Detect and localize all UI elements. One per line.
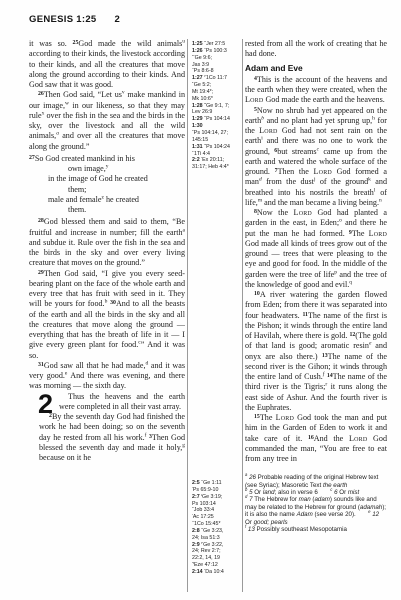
left-text-column: it was so. 25God made the wild animalsu … [29, 39, 185, 463]
cross-reference: Mk 10:6* [192, 96, 240, 103]
verse-number: 26 [38, 91, 44, 97]
cross-reference: 1:26 vPs 100:3 [192, 48, 240, 55]
ref-letter: x [192, 68, 194, 70]
text-run: Lord [276, 413, 294, 422]
verse-number: 2 [49, 413, 52, 419]
text-run: 13 [246, 526, 256, 533]
ref-verse: 2:2 [192, 157, 201, 163]
poetry-line: them; [29, 185, 185, 195]
cross-reference: 22:2, 14, 19 [192, 555, 240, 562]
footnote: f 13 Possibly southeast Mesopotamia [245, 526, 387, 533]
footnote-letter: c [317, 146, 319, 152]
cross-ref-letter: m [258, 197, 262, 203]
cross-reference: zGe 5:2; [192, 82, 240, 89]
cross-ref-letter: n [379, 197, 382, 203]
ref-verse: 1:26 [192, 48, 204, 54]
poetry-line: male and femalez he created [29, 195, 185, 205]
ref-verse: 2:8 [192, 528, 201, 534]
cross-ref-letter: q [349, 279, 352, 285]
verse-number: 25 [73, 40, 79, 46]
verse-paragraph: 15The Lord God took the man and put him … [245, 413, 387, 464]
cross-ref-letter: a [183, 227, 185, 233]
text-run: adamah [360, 504, 382, 511]
verse-paragraph: rested from all the work of creating tha… [245, 39, 387, 60]
text-run: Lord [369, 229, 387, 238]
cross-ref-letter: o [339, 218, 342, 224]
ref-verse: 2:7 [192, 494, 201, 500]
running-head: GENESIS 1:252 [29, 14, 120, 25]
ref-letter: h [201, 480, 203, 482]
footnote: d 7 The Hebrew for man (adam) sounds lik… [245, 496, 387, 526]
cross-reference: 2:2 fEx 20:11; [192, 157, 240, 164]
text-run: 12 [370, 511, 379, 518]
text-run: Lord [349, 434, 367, 443]
cross-ref-letter: f [145, 432, 147, 438]
ref-letter: z [192, 82, 194, 84]
cross-reference: 1:30 [192, 123, 240, 130]
verse-number: 31 [38, 362, 44, 368]
ref-letter: f [201, 157, 202, 159]
text-run: Lord [314, 167, 332, 176]
cross-reference: 2:14 rDa 10:4 [192, 569, 240, 576]
cross-reference: qEze 47:12 [192, 562, 240, 569]
footnote-letter: e [369, 341, 371, 347]
ref-letter: q [192, 562, 194, 564]
footnote: a 26 Probable reading of the original He… [245, 474, 387, 489]
cross-reference: 2:9 pGe 3:22, [192, 542, 240, 549]
poetry-block: 27So God created mankind in hisown image… [29, 154, 185, 216]
verse-paragraph: 4This is the account of the heavens and … [245, 75, 387, 106]
page-chapter-number: 2 [115, 14, 121, 25]
cross-ref-letter: e [65, 370, 67, 376]
ref-letter: w [192, 55, 195, 57]
text-run: good; pearls [254, 519, 288, 526]
cross-reference: 2:8 oGe 3:23, [192, 528, 240, 535]
verse-paragraph: 2By the seventh day God had finished the… [29, 412, 185, 463]
verse-paragraph: 10A river watering the garden flowed fro… [245, 290, 387, 413]
cross-reference: 1:25 uJer 27:5 [192, 41, 240, 48]
verse-number: 5 [254, 107, 257, 113]
text-run: the earth [323, 482, 347, 489]
cross-reference: 24; Isa 51:3 [192, 535, 240, 542]
cross-reference: 2:5 hGe 1:11 [192, 480, 240, 487]
text-run: 26 [247, 474, 257, 481]
text-run: Lord [294, 208, 312, 217]
verse-number: 30 [110, 300, 116, 306]
text-run: Lord [259, 126, 277, 135]
ref-letter: p [201, 542, 203, 544]
section-heading: Adam and Eve [245, 63, 387, 73]
verse-number: 16 [308, 435, 314, 441]
ref-verse: 2:14 [192, 569, 204, 575]
verse-paragraph: it was so. 25God made the wild animalsu … [29, 39, 185, 90]
ref-letter: o [201, 528, 203, 530]
bible-page: GENESIS 1:252 it was so. 25God made the … [0, 0, 401, 600]
footnote-letter: a [56, 131, 59, 137]
ref-letter: j [201, 494, 202, 496]
cross-reference: n1Co 15:45* [192, 521, 240, 528]
cross-ref-letter: k [368, 177, 371, 183]
poetry-line: them. [29, 205, 185, 215]
ref-letter: i [192, 487, 193, 489]
right-column-text: rested from all the work of creating tha… [245, 39, 387, 464]
cross-reference: e1Ti 4:4 [192, 151, 240, 158]
text-run: 6 [332, 489, 339, 496]
verse-number: 4 [254, 76, 257, 82]
cross-ref-letter: g [182, 442, 185, 448]
verse-number: 12 [349, 332, 355, 338]
verse-number: 3 [149, 434, 152, 440]
cross-ref-letter: b [105, 299, 108, 305]
cross-reference: Lev 26:9 [192, 109, 240, 116]
cross-ref-letter: h [372, 115, 375, 121]
cross-reference-column: 1:25 uJer 27:51:26 vPs 100:3wGe 9:6;Jas … [187, 39, 243, 592]
footnote-letter: d [259, 177, 262, 183]
verse-paragraph: 26Then God said, “Let usv make mankind i… [29, 90, 185, 152]
ref-letter: e [192, 151, 194, 153]
cross-ref-letter: v [122, 90, 125, 96]
ref-verse: 1:29 [192, 116, 204, 122]
ref-letter: y [204, 75, 206, 77]
cross-reference: Mt 19:4*; [192, 89, 240, 96]
ref-letter: u [204, 41, 206, 43]
right-text-column: rested from all the work of creating tha… [245, 39, 387, 534]
cross-reference: wGe 9:6; [192, 55, 240, 62]
cross-reference: 1:31 dPs 104:24 [192, 144, 240, 151]
page-reference: GENESIS 1:25 [29, 14, 97, 25]
refs-spacer [192, 171, 240, 480]
verse-number: 28 [38, 218, 44, 224]
cross-ref-letter: r [325, 382, 327, 388]
ref-verse: 2:9 [192, 542, 201, 548]
cross-reference: iPs 65:9-10 [192, 487, 240, 494]
cross-reference: 1:28 aGe 9:1, 7; [192, 103, 240, 110]
ref-letter: k [192, 507, 194, 509]
verse-number: 15 [254, 414, 260, 420]
verse-number: 10 [254, 291, 260, 297]
ref-letter: v [204, 48, 206, 50]
cross-ref-letter: z [101, 194, 103, 200]
poetry-line: in the image of God he created [29, 174, 185, 184]
cross-reference: 1:29 bPs 104:14 [192, 116, 240, 123]
cross-ref-letter: y [106, 163, 109, 169]
cross-reference: kJob 33:4 [192, 507, 240, 514]
text-run: man [299, 496, 311, 503]
ref-verse: 1:27 [192, 75, 204, 81]
verse-paragraph: 8Now the Lord God had planted a garden i… [245, 208, 387, 290]
verse-number: 14 [327, 373, 333, 379]
chapter-opening-paragraph: 2Thus the heavens and the earth were com… [29, 392, 185, 413]
cross-reference: 31:17; Heb 4:4* [192, 164, 240, 171]
verse-paragraph: 5Now no shrub had yet appeared on the ea… [245, 106, 387, 209]
chapter-number: 2 [29, 394, 53, 414]
cross-reference: 1:27 y1Co 11:7 [192, 75, 240, 82]
poetry-line: own image,y [29, 164, 185, 174]
text-run: 7 [247, 496, 254, 503]
verse-number: 27 [29, 155, 35, 161]
ref-letter: c [192, 130, 194, 132]
cross-ref-letter: w [65, 100, 69, 106]
verse-number: 6 [274, 148, 277, 154]
ref-verse: 1:28 [192, 103, 204, 109]
cross-ref-letter: x [42, 110, 45, 116]
text-run: adam [314, 496, 329, 503]
verse-paragraph: 31God saw all that he had made,d and it … [29, 361, 185, 392]
cross-ref-letter: u [182, 38, 185, 44]
ref-letter: r [204, 569, 205, 571]
cross-reference: cPs 104:14, 27; [192, 130, 240, 137]
cross-reference: 145:15 [192, 137, 240, 144]
cross-reference: 2:7 jGe 3:19; [192, 494, 240, 501]
footnotes: a 26 Probable reading of the original He… [245, 474, 387, 533]
cross-ref-letter: i [261, 136, 263, 142]
cross-reference: lAc 17:25 [192, 514, 240, 521]
ref-verse: 1:25 [192, 41, 204, 47]
verse-paragraph: 28God blessed them and said to them, “Be… [29, 217, 185, 268]
cross-ref-letter: l [374, 187, 376, 193]
verse-number: 11 [302, 312, 308, 318]
ref-verse: 1:30 [192, 123, 203, 129]
text-run: Lord [245, 95, 263, 104]
footnote-letter: b [261, 115, 264, 121]
text-run: land [263, 489, 275, 496]
cross-ref-letter: c [138, 340, 140, 346]
text-run: 5 [247, 489, 254, 496]
ref-verse: 2:5 [192, 480, 201, 486]
text-run: mist [348, 489, 359, 496]
ref-letter: l [192, 514, 193, 516]
cross-reference: xPs 8:6-8 [192, 68, 240, 75]
cross-reference: Ps 103:14 [192, 501, 240, 508]
verse-number: 29 [38, 270, 44, 276]
ref-letter: n [192, 521, 194, 523]
verse-paragraph: 29Then God said, “I give you every seed-… [29, 269, 185, 361]
cross-ref-letter: p [334, 269, 337, 275]
cross-reference: 24; Rev 2:7; [192, 548, 240, 555]
text-run: Adam [297, 511, 313, 518]
verse-number: 13 [322, 353, 328, 359]
cross-ref-letter: d [145, 360, 148, 366]
cross-ref-letter: j [314, 177, 316, 183]
footnote-letter: f [323, 371, 325, 377]
ref-verse: 1:31 [192, 144, 204, 150]
ref-letter: b [204, 116, 206, 118]
verse-number: 9 [349, 230, 352, 236]
cross-reference: Jas 3:9 [192, 62, 240, 69]
verse-number: 7 [275, 168, 278, 174]
ref-letter: d [204, 144, 206, 146]
page-content: it was so. 25God made the wild animalsu … [29, 39, 387, 592]
ref-letter: a [204, 103, 206, 105]
verse-number: 8 [254, 209, 257, 215]
